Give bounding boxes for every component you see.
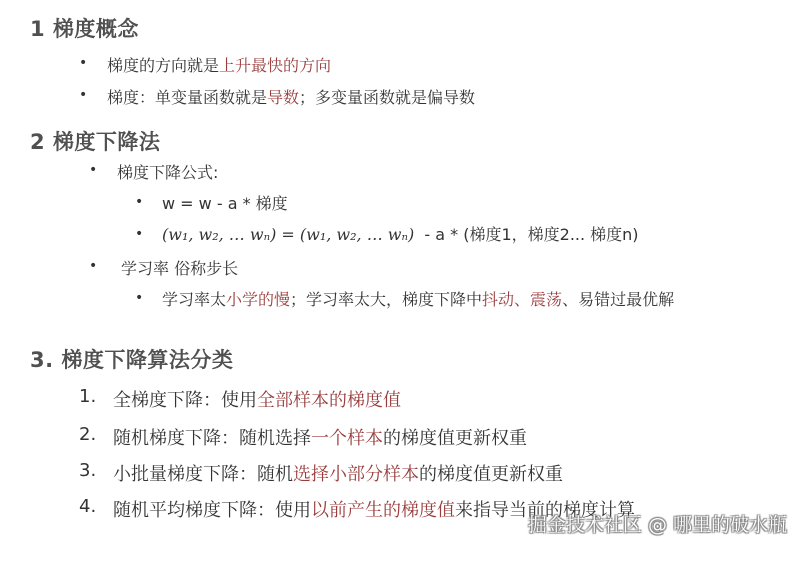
formula-line: w = w - a * 梯度	[162, 191, 288, 214]
text-segment: 小批量梯度下降：随机	[113, 464, 293, 485]
text-segment: ；多变量函数就是偏导数	[299, 88, 475, 107]
text-segment: 梯度的方向就是	[107, 56, 219, 75]
highlighted-text: 全部样本的梯度值	[257, 390, 401, 411]
bullet-icon: •	[89, 258, 97, 274]
text-segment: 学习率太	[162, 290, 226, 309]
text-segment: 、易错过最优解	[562, 290, 674, 309]
bullet-icon: •	[79, 87, 87, 103]
bullet-icon: •	[135, 226, 143, 242]
list-item: 梯度：单变量函数就是导数；多变量函数就是偏导数	[107, 85, 475, 108]
highlighted-text: 一个样本	[311, 428, 383, 449]
list-number: 3.	[79, 460, 96, 481]
gradient-formula: - a * (梯度1，梯度2... 梯度n)	[414, 225, 638, 244]
list-item: 学习率太小学的慢；学习率太大，梯度下降中抖动、震荡、易错过最优解	[162, 287, 674, 310]
text-segment: 随机梯度下降：随机选择	[113, 428, 311, 449]
highlighted-text: 小学的慢	[226, 290, 290, 309]
list-number: 1.	[79, 386, 96, 407]
section-2-heading: 2 梯度下降法	[30, 126, 160, 156]
list-number: 4.	[79, 496, 96, 517]
section-1-heading: 1 梯度概念	[30, 13, 139, 43]
formula-line: (w₁, w₂, … wₙ) = (w₁, w₂, … wₙ) - a * (梯…	[162, 222, 639, 245]
highlighted-text: 选择小部分样本	[293, 464, 419, 485]
highlighted-text: 上升最快的方向	[219, 56, 331, 75]
watermark: 掘金技术社区 @ 哪里的破水瓶	[528, 510, 787, 537]
text-segment: 梯度：单变量函数就是	[107, 88, 267, 107]
text-segment: ；学习率太大，梯度下降中	[290, 290, 482, 309]
highlighted-text: 以前产生的梯度值	[311, 500, 455, 521]
section-3-heading: 3. 梯度下降算法分类	[30, 344, 233, 374]
list-item: 梯度的方向就是上升最快的方向	[107, 53, 331, 76]
bullet-icon: •	[135, 194, 143, 210]
text-segment: 的梯度值更新权重	[419, 464, 563, 485]
list-number: 2.	[79, 424, 96, 445]
text-segment: 全梯度下降：使用	[113, 390, 257, 411]
list-item: 全梯度下降：使用全部样本的梯度值	[113, 386, 401, 412]
list-item: 随机梯度下降：随机选择一个样本的梯度值更新权重	[113, 424, 527, 450]
list-item: 小批量梯度下降：随机选择小部分样本的梯度值更新权重	[113, 460, 563, 486]
highlighted-text: 抖动、震荡	[482, 290, 562, 309]
text-segment: 随机平均梯度下降：使用	[113, 500, 311, 521]
highlighted-text: 导数	[267, 88, 299, 107]
list-item: 学习率 俗称步长	[121, 256, 238, 279]
bullet-icon: •	[89, 162, 97, 178]
vector-formula: (w₁, w₂, … wₙ) = (w₁, w₂, … wₙ)	[162, 225, 414, 244]
bullet-icon: •	[135, 290, 143, 306]
bullet-icon: •	[79, 55, 87, 71]
list-item: 梯度下降公式:	[117, 160, 218, 183]
text-segment: 的梯度值更新权重	[383, 428, 527, 449]
